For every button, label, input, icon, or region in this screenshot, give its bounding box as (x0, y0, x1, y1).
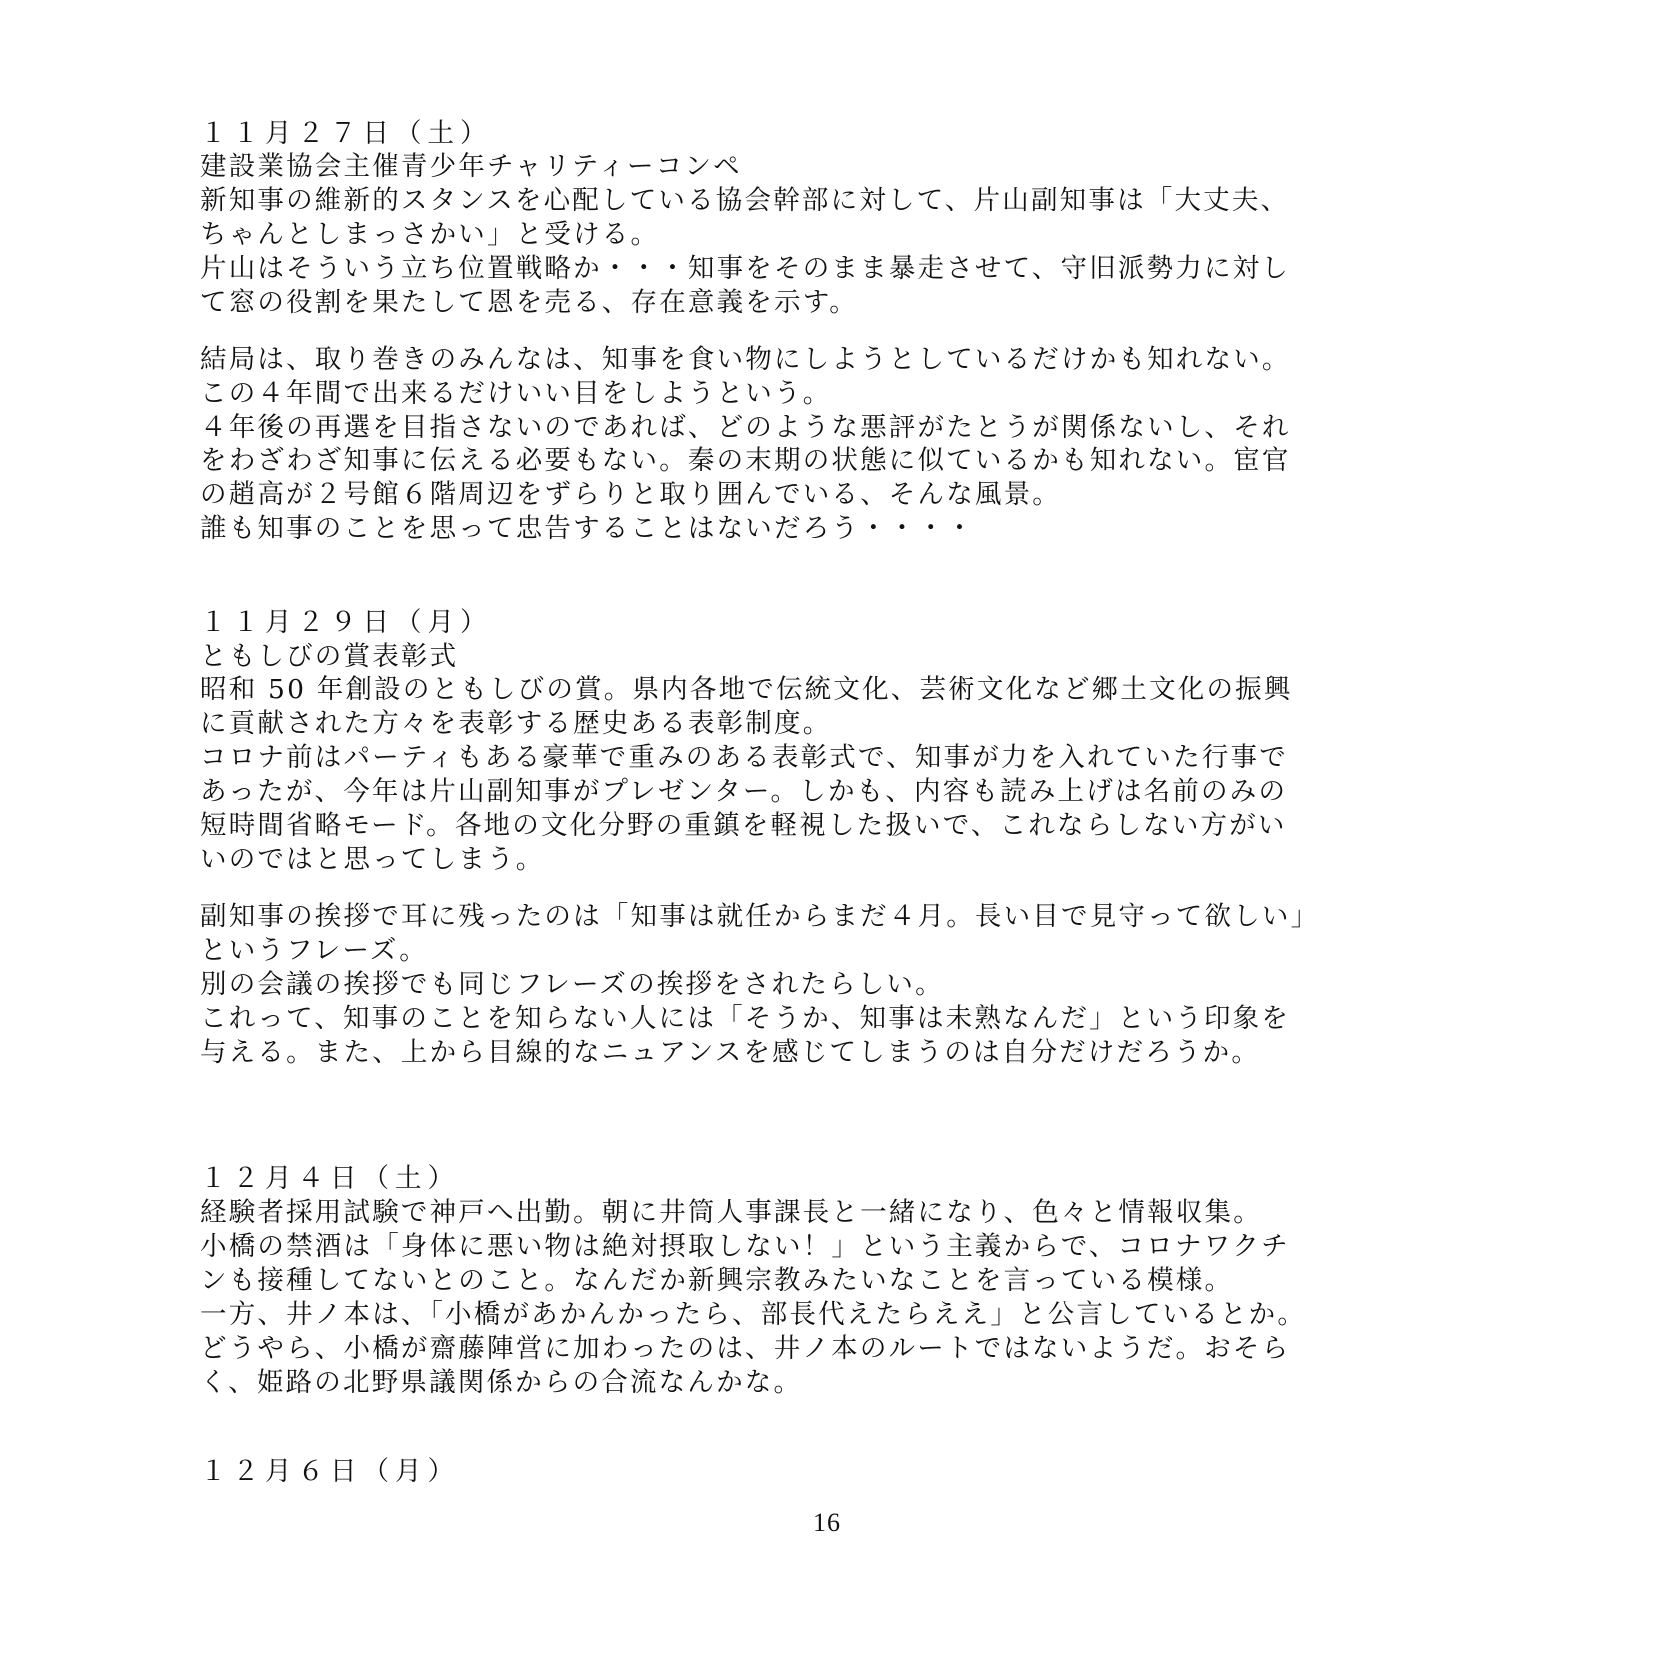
entry-text-line: て窓の役割を果たして恩を売る、存在意義を示す。 (200, 286, 1465, 320)
entry-text-line: 短時間省略モード。各地の文化分野の重鎮を軽視した扱いで、これならしない方がい (200, 809, 1465, 843)
entry-date: １２月４日（土） (200, 1162, 1465, 1196)
entry-text-line: 小橋の禁酒は「身体に悪い物は絶対摂取しない！」という主義からで、コロナワクチ (200, 1230, 1465, 1264)
entry-text-line: に貢献された方々を表彰する歴史ある表彰制度。 (200, 707, 1465, 741)
entry-text-line: ちゃんとしまっさかい」と受ける。 (200, 218, 1465, 252)
entry-title: 建設業協会主催青少年チャリティーコンペ (200, 150, 1465, 184)
entry-text-line: ンも接種してないとのこと。なんだか新興宗教みたいなことを言っている模様。 (200, 1264, 1465, 1298)
entry-date: １１月２７日（土） (200, 117, 1465, 151)
entry-text-line: 副知事の挨拶で耳に残ったのは「知事は就任からまだ４月。長い目で見守って欲しい」 (200, 900, 1465, 934)
entry-date: １２月６日（月） (200, 1455, 1465, 1489)
entry-text-line: の趙高が２号館６階周辺をずらりと取り囲んでいる、そんな風景。 (200, 478, 1465, 512)
entry-text-line: これって、知事のことを知らない人には「そうか、知事は未熟なんだ」という印象を (200, 1002, 1465, 1036)
entry-text-line: 片山はそういう立ち位置戦略か・・・知事をそのまま暴走させて、守旧派勢力に対し (200, 252, 1465, 286)
entry-text-line: どうやら、小橋が齋藤陣営に加わったのは、井ノ本のルートではないようだ。おそら (200, 1332, 1465, 1366)
entry-text-line: コロナ前はパーティもある豪華で重みのある表彰式で、知事が力を入れていた行事で (200, 741, 1465, 775)
entry-title: ともしびの賞表彰式 (200, 640, 1465, 674)
entry-text-line: 新知事の維新的スタンスを心配している協会幹部に対して、片山副知事は「大丈夫、 (200, 184, 1465, 218)
entry-text-line: 一方、井ノ本は、「小橋があかんかったら、部長代えたらええ」と公言しているとか。 (200, 1298, 1465, 1332)
entry-text-line: この４年間で出来るだけいい目をしようという。 (200, 377, 1465, 411)
entry-text-line: あったが、今年は片山副知事がプレゼンター。しかも、内容も読み上げは名前のみの (200, 775, 1465, 809)
entry-date: １１月２９日（月） (200, 606, 1465, 640)
entry-text-line: 経験者採用試験で神戸へ出勤。朝に井筒人事課長と一緒になり、色々と情報収集。 (200, 1196, 1465, 1230)
entry-text-line: 誰も知事のことを思って忠告することはないだろう・・・・ (200, 512, 1465, 546)
entry-text-line: いのではと思ってしまう。 (200, 843, 1465, 877)
entry-text-line: く、姫路の北野県議関係からの合流なんかな。 (200, 1366, 1465, 1400)
entry-text-line: というフレーズ。 (200, 934, 1465, 968)
entry-text-line: 昭和 50 年創設のともしびの賞。県内各地で伝統文化、芸術文化など郷土文化の振興 (200, 673, 1465, 707)
entry-text-line: 結局は、取り巻きのみんなは、知事を食い物にしようとしているだけかも知れない。 (200, 343, 1465, 377)
page-number: 16 (0, 1508, 1654, 1538)
entry-text-line: 別の会議の挨拶でも同じフレーズの挨拶をされたらしい。 (200, 968, 1465, 1002)
entry-text-line: をわざわざ知事に伝える必要もない。秦の末期の状態に似ているかも知れない。宦官 (200, 444, 1465, 478)
entry-text-line: 与える。また、上から目線的なニュアンスを感じてしまうのは自分だけだろうか。 (200, 1036, 1465, 1070)
document-page: １１月２７日（土） 建設業協会主催青少年チャリティーコンペ 新知事の維新的スタン… (0, 0, 1654, 1654)
entry-text-line: ４年後の再選を目指さないのであれば、どのような悪評がたとうが関係ないし、それ (200, 411, 1465, 445)
